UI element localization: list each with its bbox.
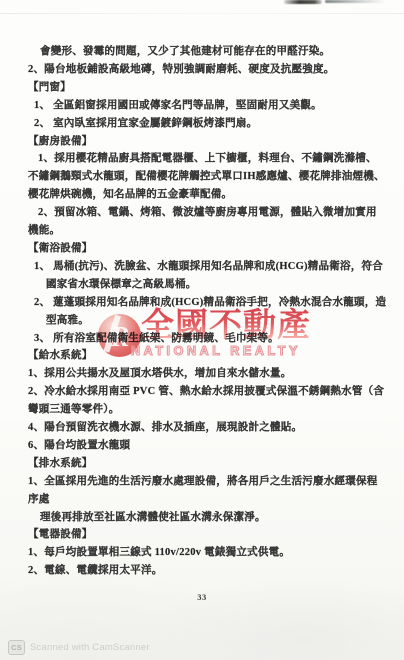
section-heading-bathroom: 【衛浴設備】 [28,240,380,258]
doc-line: 會變形、發霉的問題，又少了其他建材可能存在的甲醛汙染。 [40,43,380,61]
doc-line: 1、 馬桶(抗污)、洗臉盆、水龍頭採用知名品牌和成(HCG)精品衛浴，符合 [34,258,380,276]
document-body: 會變形、發霉的問題，又少了其他建材可能存在的甲醛汙染。 2、陽台地板鋪設高級地磚… [28,43,380,580]
doc-line: 2、陽台地板鋪設高級地磚，特別強調耐磨耗、硬度及抗壓強度。 [28,61,380,79]
doc-line: 1、全區採用先進的生活污廢水處理設備，將各用戶之生活污廢水經環保程 [28,473,380,491]
doc-line: 序處 [28,491,380,509]
section-heading-kitchen: 【廚房設備】 [28,133,380,151]
doc-line: 2、 室內臥室採用宜家金屬鍍鋅鋼板烤漆門扇。 [34,115,380,133]
section-heading-electrical: 【電器設備】 [28,526,380,544]
doc-line: 6、陽台均設置水龍頭 [28,437,380,455]
scan-artifact-bar-dark [284,0,322,4]
doc-line: 機能。 [28,222,380,240]
scanned-document-page: 會變形、發霉的問題，又少了其他建材可能存在的甲醛汙染。 2、陽台地板鋪設高級地磚… [0,0,404,660]
scan-artifact-bar-light [325,0,385,3]
scan-artifact-top [0,0,404,16]
doc-line: 型高雅。 [46,312,380,330]
doc-line: 1、採用櫻花精品廚具搭配電器櫃、上下櫥櫃，料理台、不鏽鋼洗滌槽、 [38,150,380,168]
doc-line: 3、 所有浴室配備衛生紙架、防霧明鏡、毛巾架等。 [34,330,380,348]
camscanner-icon: CS [8,640,25,655]
doc-line: 2、 蓮蓬頭採用知名品牌和成(HCG)精品衛浴手把，冷熱水混合水龍頭，造 [34,294,380,312]
doc-line: 4、陽台預留洗衣機水源、排水及插座，展現設計之體貼。 [28,419,380,437]
doc-line: 國家省水環保標章之高級馬桶。 [46,276,380,294]
doc-line: 不鏽鋼鵝頸式水龍頭，配備櫻花牌觸控式單口IH感應爐、櫻花牌排油煙機、 [28,168,380,186]
page-number: 33 [0,592,404,602]
section-heading-drainage: 【排水系統】 [28,455,380,473]
doc-line: 2、預留冰箱、電鍋、烤箱、微波爐等廚房專用電源，體貼入微增加實用 [38,204,380,222]
doc-line: 1、每戶均設置單相三線式 110v/220v 電錶獨立式供電。 [28,544,380,562]
section-heading-water-supply: 【給水系統】 [28,347,380,365]
doc-line: 1、採用公共揚水及屋頂水塔供水，增加自來水儲水量。 [28,365,380,383]
doc-line: 彎頭三通等零件）。 [28,401,380,419]
doc-line: 理後再排放至社區水溝體使社區水溝永保潔淨。 [40,509,380,527]
camscanner-footer: CS Scanned with CamScanner [8,640,150,655]
doc-line: 1、 全區鋁窗採用國田或傳家名門等品牌，堅固耐用又美觀。 [34,97,380,115]
doc-line: 櫻花牌烘碗機，知名品牌的五金豪華配備。 [28,186,380,204]
doc-line: 2、冷水給水採用南亞 PVC 管、熱水給水採用披覆式保溫不銹鋼熱水管（含 [28,383,380,401]
section-heading-doors-windows: 【門窗】 [28,79,380,97]
camscanner-label: Scanned with CamScanner [30,642,150,653]
doc-line: 2、電線、電纜採用太平洋。 [28,562,380,580]
scan-artifact-line [0,13,404,14]
